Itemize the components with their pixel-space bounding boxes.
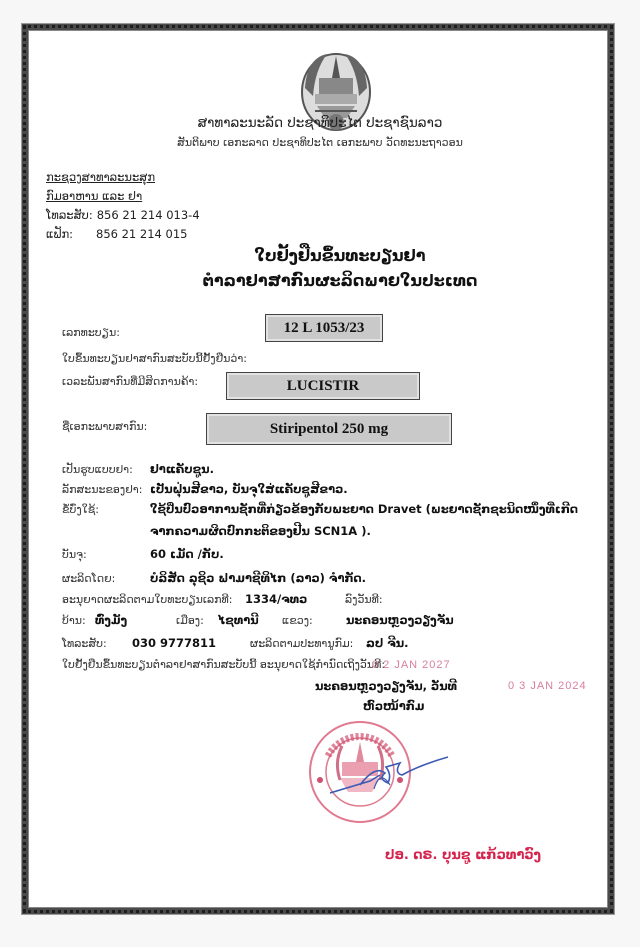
title-line-2: ຕຳລາຢາສາກົນຜະລິດພາຍໃນປະເທດ [0,268,640,293]
signer-name: ປອ. ດຣ. ບຸນຊູ ແກ້ວທາວົງ [385,848,541,863]
title-line-1: ໃບຢັ້ງຢືນຂຶ້ນທະບຽນຢາ [0,243,640,268]
validity-text: ໃບຢັ້ງຢືນຂຶ້ນທະບຽນຕຳລາຢາສາກົນສະບັບນີ້ ອະ… [62,658,385,671]
phone-number: 856 21 214 013-4 [97,206,200,225]
dosage-form-label: ເປັນຮູບແບບຢາ: [62,463,133,476]
license-label: ອະນຸຍາດຜະລິດຕາມໃບທະບຽນເລກທີ: [62,593,232,606]
manufacturer: ບໍລິສັດ ລຸຊິວ ຟາມາຊີທິໄກ (ລາວ) ຈຳກັດ. [150,571,366,585]
tel-label: ໂທລະສັບ: [62,637,107,650]
signing-title: ຫົວໜ້າກົມ [363,699,424,713]
package-label: ບັນຈຸ: [62,548,87,561]
department-name: ກົມອາຫານ ແລະ ຢາ [46,187,200,206]
standard: ລປ ຈີນ. [366,636,409,650]
fax-label: ແຟັກ: [46,225,96,244]
dosage-form: ຢາແຄັບຊູນ. [150,462,214,476]
indication-line-2: ຈາກຄວາມຜິດປົກກະຕິຂອງຢີນ SCN1A ). [150,524,371,538]
certify-text: ໃບຂຶ້ນທະບຽນຢາສາກົນສະບັບນີ້ຢັ້ງຢືນວ່າ: [62,352,247,365]
province: ນະຄອນຫຼວງວຽງຈັນ [346,613,454,627]
generic-name-label: ຊື່ເອກະພາບສາກົນ: [62,420,147,433]
district-label: ເມືອງ: [176,614,204,627]
phone-label: ໂທລະສັບ: [46,206,93,225]
fax-number: 856 21 214 015 [96,225,187,244]
validity-date-stamp: 0 2 JAN 2027 [372,659,451,671]
package: 60 ເມັດ /ກັບ. [150,547,224,561]
license-number: 1334/ຈທວ [245,592,307,606]
nation-motto: ສັນຕິພາບ ເອກະລາດ ປະຊາທິປະໄຕ ເອກະພາບ ວັດທ… [0,136,640,149]
manufacturer-label: ຜະລິດໂດຍ: [62,572,115,585]
license-date-label: ລົງວັນທີ: [345,593,383,606]
generic-name-box: Stiripentol 250 mg [206,413,452,445]
signature-icon [330,745,450,805]
trade-name-box: LUCISTIR [226,372,420,400]
trade-name-label: ເວລະພັນສາກົນທີ່ມີສິດການຄ້າ: [62,375,198,388]
indication-label: ຂໍ້ບົ່ງໃຊ້: [62,503,99,516]
village: ທົ່ງມັງ [95,613,127,627]
registration-number-box: 12 L 1053/23 [265,314,383,342]
tel: 030 9777811 [132,636,216,650]
district: ໄຊທານີ [218,613,259,627]
ministry-name: ກະຊວງສາທາລະນະສຸກ [46,168,200,187]
village-label: ບ້ານ: [62,614,86,627]
indication-line-1: ໃຊ້ປິ່ນປົວອາການຊັກທີ່ກ່ຽວຂ້ອງກັບພະຍາດ Dr… [150,502,578,516]
ministry-block: ກະຊວງສາທາລະນະສຸກ ກົມອາຫານ ແລະ ຢາ ໂທລະສັບ… [46,168,200,244]
place-date-label: ນະຄອນຫຼວງວຽງຈັນ, ວັນທີ [315,679,457,693]
appearance-label: ລັກສະນະຂອງຢາ: [62,483,142,496]
registration-number-label: ເລກທະບຽນ: [62,326,120,339]
issue-date-stamp: 0 3 JAN 2024 [508,680,587,692]
nation-title: ສາທາລະນະລັດ ປະຊາທິປະໄຕ ປະຊາຊົນລາວ [0,115,640,131]
appearance: ເປັນຝຸ່ນສີຂາວ, ບັນຈຸໃສ່ແຄັບຊູສີຂາວ. [150,482,348,496]
standard-label: ຜະລິດຕາມປະທານູກົມ: [250,637,353,650]
document-title: ໃບຢັ້ງຢືນຂຶ້ນທະບຽນຢາ ຕຳລາຢາສາກົນຜະລິດພາຍ… [0,243,640,293]
province-label: ແຂວງ: [282,614,313,627]
